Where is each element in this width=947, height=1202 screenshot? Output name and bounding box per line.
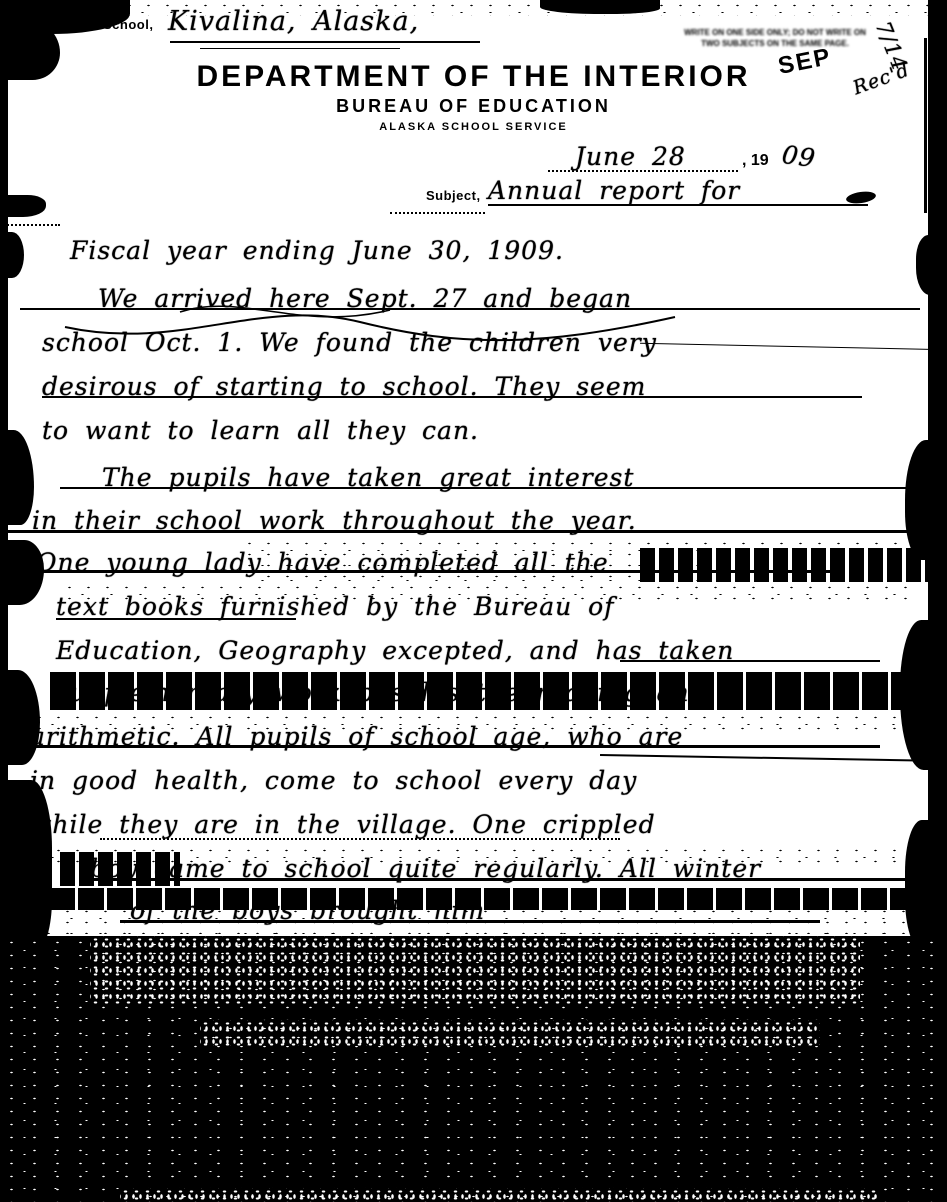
scanned-letter-page: School, Kivalina, Alaska, WRITE ON ONE S…: [0, 0, 947, 1202]
faint-rule: [100, 838, 620, 840]
strike-line: [0, 530, 947, 533]
scan-bottom-noise-row: [120, 1188, 880, 1200]
school-line-rule-echo: [200, 48, 400, 49]
school-line-rule: [170, 41, 480, 43]
stray-dashes-center: [390, 212, 485, 214]
scan-edge-blotch: [905, 820, 947, 950]
margin-instruction-note: WRITE ON ONE SIDE ONLY; DO NOT WRITE ON …: [660, 27, 890, 49]
date-handwriting: June 28: [575, 142, 686, 171]
subject-label: Subject,: [426, 188, 481, 203]
scan-noise-band: [60, 582, 920, 600]
strike-line: [60, 487, 920, 489]
date-printed-19: , 19: [742, 152, 769, 170]
scan-edge-blotch: [905, 440, 947, 560]
scan-smudge: [50, 672, 910, 710]
strike-line: [90, 878, 920, 881]
subject-handwriting: Annual report for: [488, 176, 740, 205]
scan-edge-blotch: [900, 620, 947, 770]
scan-noise-band: [30, 712, 920, 738]
subject-rule: [488, 204, 868, 206]
scan-edge-blotch: [916, 235, 947, 295]
stray-pen-flourish: [60, 292, 680, 352]
strike-line: [30, 745, 880, 748]
instruction-line-2: TWO SUBJECTS ON THE SAME PAGE.: [660, 38, 890, 49]
date-year-handwriting: 09: [780, 140, 818, 173]
service-heading: ALASKA SCHOOL SERVICE: [0, 121, 947, 133]
scan-edge-blotch: [0, 195, 46, 217]
scan-edge-noise: [120, 0, 940, 16]
letter-line: while they are in the village. One cripp…: [30, 810, 656, 839]
letter-line: Fiscal year ending June 30, 1909.: [70, 236, 564, 265]
scan-edge-blotch: [0, 232, 24, 278]
scan-edge-blotch: [0, 780, 52, 950]
scan-noise-band: [20, 906, 930, 934]
scan-bottom-noise-row: [200, 1020, 820, 1046]
strike-line: [42, 396, 862, 398]
scan-bottom-noise-dense: [90, 936, 860, 1006]
department-heading: DEPARTMENT OF THE INTERIOR: [0, 60, 947, 94]
stray-dashes-left: [0, 224, 60, 226]
underline: [56, 618, 296, 620]
instruction-line-1: WRITE ON ONE SIDE ONLY; DO NOT WRITE ON: [660, 27, 890, 38]
letter-line: in good health, come to school every day: [30, 766, 637, 795]
underline: [620, 660, 880, 662]
scan-edge-blotch: [540, 0, 660, 14]
letter-line: to want to learn all they can.: [42, 416, 479, 445]
bureau-heading: BUREAU OF EDUCATION: [0, 96, 947, 117]
scan-smudge: [60, 852, 180, 886]
scan-smudge: [640, 548, 940, 582]
